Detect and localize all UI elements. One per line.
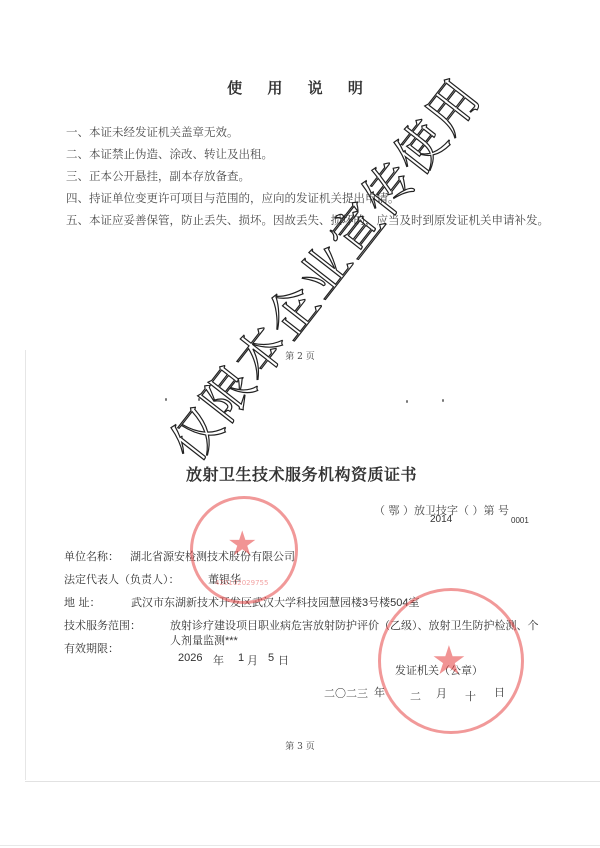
validity-year: 2026 (178, 652, 202, 664)
validity-day-unit: 日 (278, 652, 289, 668)
binding-hole (442, 399, 444, 402)
star-icon: ★ (431, 641, 467, 681)
star-icon: ★ (227, 527, 257, 561)
scan-border (25, 781, 600, 782)
certificate-year: 2014 (430, 514, 452, 525)
certificate-serial: 0001 (511, 516, 529, 525)
validity-label: 有效期限： (64, 640, 119, 656)
scope-label: 技术服务范围： (64, 617, 141, 633)
unit-name-label: 单位名称： (64, 548, 119, 564)
validity-month-unit: 月 (247, 652, 258, 668)
scan-border (0, 845, 600, 846)
scope-value-line2: 人剂量监测*** (170, 632, 238, 648)
instruction-item: 四、持证单位变更许可项目与范围的，应向的发证机关提出申请。 (66, 187, 549, 209)
document-page: 使 用 说 明 一、本证未经发证机关盖章无效。 二、本证禁止伪造、涂改、转让及出… (0, 0, 600, 848)
company-seal-stamp: ★ 420102029755 (190, 496, 298, 604)
validity-year-unit: 年 (213, 652, 224, 668)
validity-month: 1 (238, 652, 244, 664)
address-value: 武汉市东湖新技术开发区武汉大学科技园慧园楼3号楼504室 (131, 594, 419, 610)
instruction-item: 三、正本公开悬挂，副本存放备查。 (66, 165, 549, 187)
address-label: 地 址： (64, 594, 101, 610)
issue-year: 二〇二三 (324, 685, 368, 701)
binding-hole (165, 398, 167, 401)
certificate-title: 放射卫生技术服务机构资质证书 (186, 462, 417, 485)
scan-border (25, 350, 26, 780)
legal-rep-label: 法定代表人（负责人）： (64, 571, 180, 587)
instructions-list: 一、本证未经发证机关盖章无效。 二、本证禁止伪造、涂改、转让及出租。 三、正本公… (66, 121, 549, 231)
validity-day: 5 (268, 652, 274, 664)
seal-code: 420102029755 (215, 579, 268, 587)
authority-seal-stamp: ★ (378, 588, 524, 734)
instructions-title: 使 用 说 明 (0, 77, 600, 98)
binding-hole (406, 400, 408, 403)
page-number-3: 第 3 页 (0, 739, 600, 752)
instruction-item: 二、本证禁止伪造、涂改、转让及出租。 (66, 143, 549, 165)
